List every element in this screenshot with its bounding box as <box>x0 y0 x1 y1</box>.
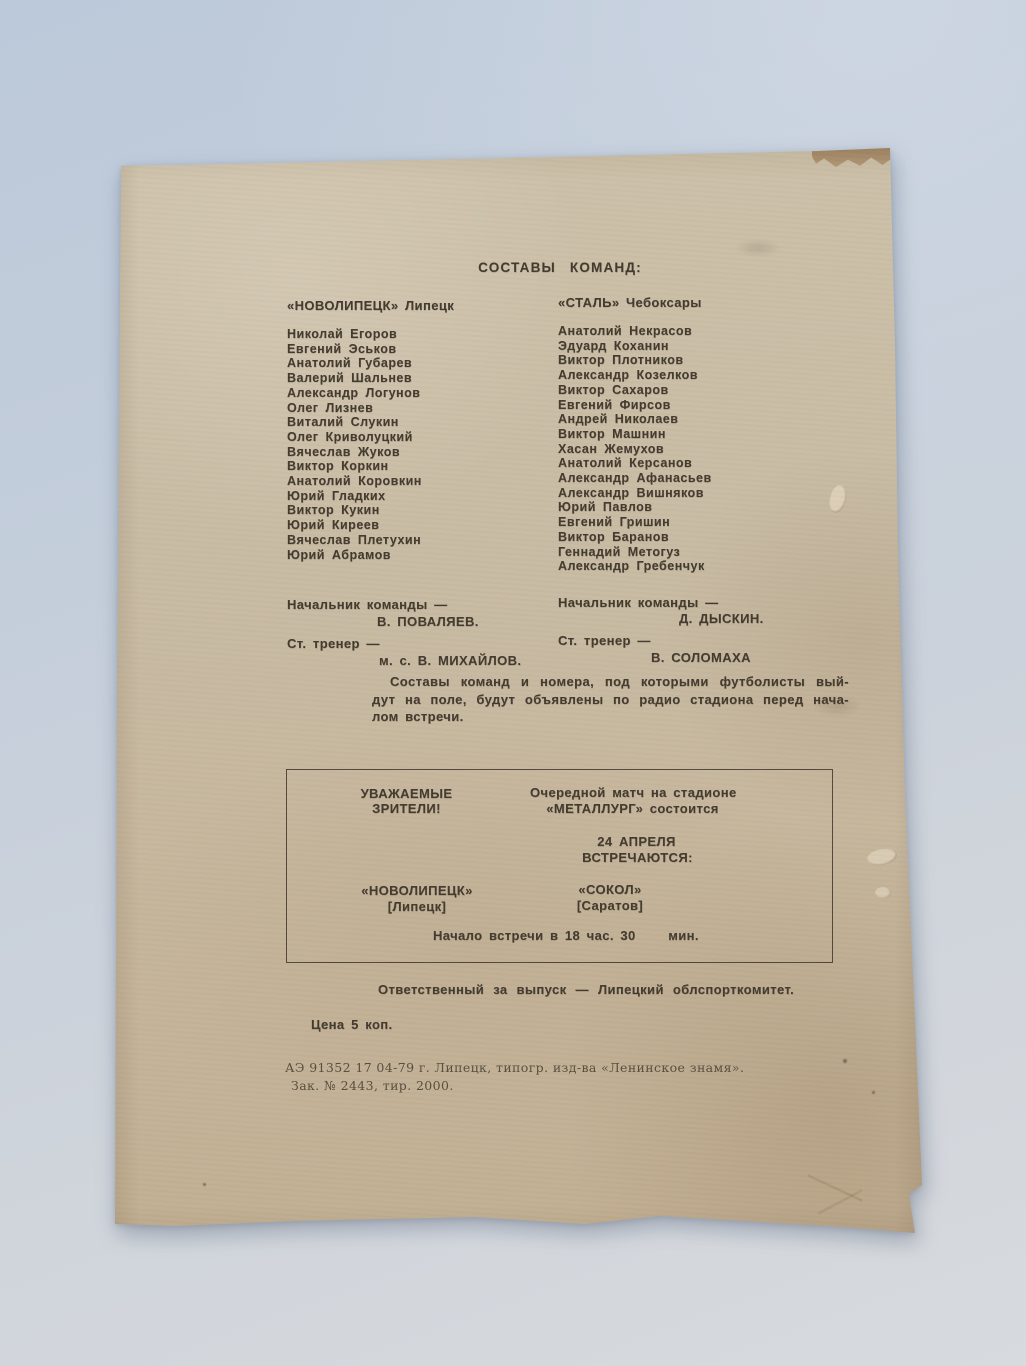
player-name: Юрий Павлов <box>558 500 712 515</box>
photo-background: СОСТАВЫ КОМАНД: «НОВОЛИПЕЦК» Липецк «СТА… <box>0 0 1026 1366</box>
home-team-city: [Липецк] <box>337 899 497 915</box>
torn-corner-chip <box>812 147 892 168</box>
player-name: Юрий Киреев <box>287 518 422 533</box>
team-right-player-list: Анатолий НекрасовЭдуард КоханинВиктор Пл… <box>558 324 712 574</box>
next-match-line: «МЕТАЛЛУРГ» состоится <box>530 801 735 817</box>
player-name: Вячеслав Жуков <box>287 445 422 460</box>
player-name: Анатолий Некрасов <box>558 324 712 339</box>
player-name: Юрий Гладких <box>287 489 422 504</box>
announcement-line: Составы команд и номера, под которыми фу… <box>372 673 849 691</box>
player-name: Анатолий Коровкин <box>287 474 422 489</box>
paper-shadow: СОСТАВЫ КОМАНД: «НОВОЛИПЕЦК» Липецк «СТА… <box>115 147 927 1239</box>
paper-tear <box>866 847 898 868</box>
player-name: Виктор Машнин <box>558 427 712 442</box>
player-name: Олег Криволуцкий <box>287 430 422 445</box>
spectators-greeting: УВАЖАЕМЫЕ ЗРИТЕЛИ! <box>329 786 484 816</box>
player-name: Эдуард Коханин <box>558 339 712 354</box>
team-right-header: «СТАЛЬ» Чебоксары <box>558 295 702 310</box>
away-team-name: «СОКОЛ» <box>530 882 690 898</box>
player-name: Александр Логунов <box>287 386 422 401</box>
team-left-manager-label: Начальник команды — <box>287 597 447 612</box>
home-team: «НОВОЛИПЕЦК» [Липецк] <box>337 883 497 914</box>
player-name: Александр Афанасьев <box>558 471 712 486</box>
team-left-player-list: Николай ЕгоровЕвгений ЭськовАнатолий Губ… <box>287 327 422 562</box>
paper-crease <box>817 1189 862 1214</box>
player-name: Виктор Плотников <box>558 353 712 368</box>
next-match-box: УВАЖАЕМЫЕ ЗРИТЕЛИ! Очередной матч на ста… <box>286 769 833 963</box>
player-name: Николай Егоров <box>287 327 422 342</box>
team-left-header: «НОВОЛИПЕЦК» Липецк <box>287 298 454 313</box>
player-name: Виктор Баранов <box>558 530 712 545</box>
programme-page: СОСТАВЫ КОМАНД: «НОВОЛИПЕЦК» Липецк «СТА… <box>115 147 927 1239</box>
next-match-line: Очередной матч на стадионе <box>530 785 735 801</box>
paper-speck <box>203 1183 206 1186</box>
responsible-line: Ответственный за выпуск — Липецкий облсп… <box>378 982 794 997</box>
player-name: Александр Козелков <box>558 368 712 383</box>
player-name: Виталий Слукин <box>287 415 422 430</box>
paper-crease <box>807 1174 862 1201</box>
page-title: СОСТАВЫ КОМАНД: <box>460 260 660 275</box>
paper-stain <box>735 239 781 257</box>
paper-tear <box>875 887 891 899</box>
price-line: Цена 5 коп. <box>311 1017 393 1032</box>
player-name: Вячеслав Плетухин <box>287 533 422 548</box>
announcement-line: лом встречи. <box>372 708 849 726</box>
announcement-paragraph: Составы команд и номера, под которыми фу… <box>372 673 849 726</box>
player-name: Олег Лизнев <box>287 401 422 416</box>
away-team-city: [Саратов] <box>530 898 690 914</box>
player-name: Виктор Сахаров <box>558 383 712 398</box>
next-match-announcement: Очередной матч на стадионе «МЕТАЛЛУРГ» с… <box>530 785 735 816</box>
away-team: «СОКОЛ» [Саратов] <box>530 882 690 913</box>
player-name: Валерий Шальнев <box>287 371 422 386</box>
meet-label: ВСТРЕЧАЮТСЯ: <box>560 850 715 865</box>
player-name: Геннадий Метогуз <box>558 545 712 560</box>
player-name: Евгений Гришин <box>558 515 712 530</box>
paper-tear <box>827 483 850 514</box>
player-name: Виктор Кукин <box>287 503 422 518</box>
player-name: Анатолий Керсанов <box>558 456 712 471</box>
home-team-name: «НОВОЛИПЕЦК» <box>337 883 497 899</box>
player-name: Евгений Фирсов <box>558 398 712 413</box>
player-name: Андрей Николаев <box>558 412 712 427</box>
greeting-line: ЗРИТЕЛИ! <box>329 801 484 816</box>
player-name: Виктор Коркин <box>287 459 422 474</box>
team-left-coach-name: м. с. В. МИХАЙЛОВ. <box>379 653 521 668</box>
team-right-coach-label: Ст. тренер — <box>558 633 651 648</box>
player-name: Юрий Абрамов <box>287 548 422 563</box>
team-right-manager-label: Начальник команды — <box>558 595 718 610</box>
player-name: Хасан Жемухов <box>558 442 712 457</box>
player-name: Анатолий Губарев <box>287 356 422 371</box>
player-name: Александр Гребенчук <box>558 559 712 574</box>
team-left-manager-name: В. ПОВАЛЯЕВ. <box>377 614 479 629</box>
player-name: Александр Вишняков <box>558 486 712 501</box>
match-time: Начало встречи в 18 час. 30 мин. <box>433 928 699 943</box>
team-right-manager-name: Д. ДЫСКИН. <box>679 611 764 626</box>
team-left-coach-label: Ст. тренер — <box>287 636 380 651</box>
greeting-line: УВАЖАЕМЫЕ <box>329 786 484 801</box>
imprint-line: АЭ 91352 17 04-79 г. Липецк, типогр. изд… <box>285 1060 744 1075</box>
paper-speck <box>843 1059 847 1063</box>
team-right-coach-name: В. СОЛОМАХА <box>651 650 751 665</box>
announcement-line: дут на поле, будут объявлены по радио ст… <box>372 691 849 709</box>
paper-speck <box>872 1091 875 1094</box>
player-name: Евгений Эськов <box>287 342 422 357</box>
imprint-line: Зак. № 2443, тир. 2000. <box>291 1078 454 1093</box>
match-date: 24 АПРЕЛЯ <box>559 834 714 849</box>
